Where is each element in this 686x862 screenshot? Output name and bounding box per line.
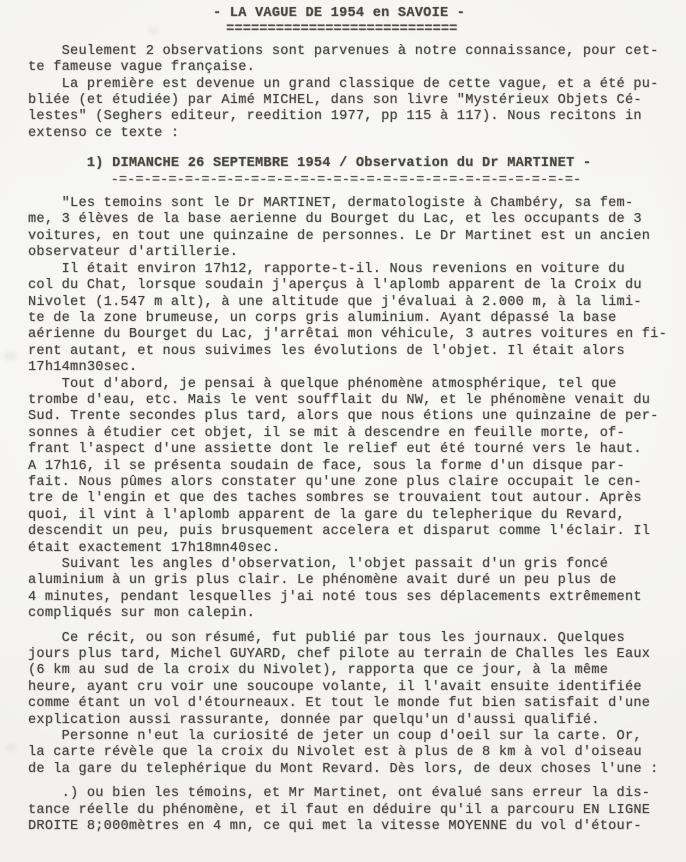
object-maneuvers-paragraph: Tout d'abord, je pensai à quelque phénom… [28,377,676,557]
document-title-underline: ============================ [28,22,676,38]
document-title: - LA VAGUE DE 1954 en SAVOIE - [28,6,676,22]
section-heading: 1) DIMANCHE 26 SEPTEMBRE 1954 / Observat… [28,156,676,172]
appearance-duration-paragraph: Suivant les angles d'observation, l'obje… [28,557,676,623]
witnesses-paragraph: "Les temoins sont le Dr MARTINET, dermat… [28,196,676,262]
press-guyard-paragraph: Ce récit, ou son résumé, fut publié par … [28,631,676,729]
scanned-document-page: - LA VAGUE DE 1954 en SAVOIE - =========… [0,0,686,862]
section-heading-underline: -=-=-=-=-=-=-=-=-=-=-=-=-=-=-=-=-=-=-=-=… [28,173,676,189]
scan-smudge [6,744,16,751]
map-check-paragraph: Personne n'eut la curiosité de jeter un … [28,729,676,778]
scan-smudge [4,352,16,360]
sighting-start-paragraph: Il était environ 17h12, rapporte-t-il. N… [28,262,676,377]
hypothesis-paragraph: .) ou bien les témoins, et Mr Martinet, … [28,786,676,835]
intro-paragraph: Seulement 2 observations sont parvenues … [28,44,676,77]
publication-paragraph: La première est devenue un grand classiq… [28,77,676,143]
document-content: - LA VAGUE DE 1954 en SAVOIE - =========… [28,6,676,836]
